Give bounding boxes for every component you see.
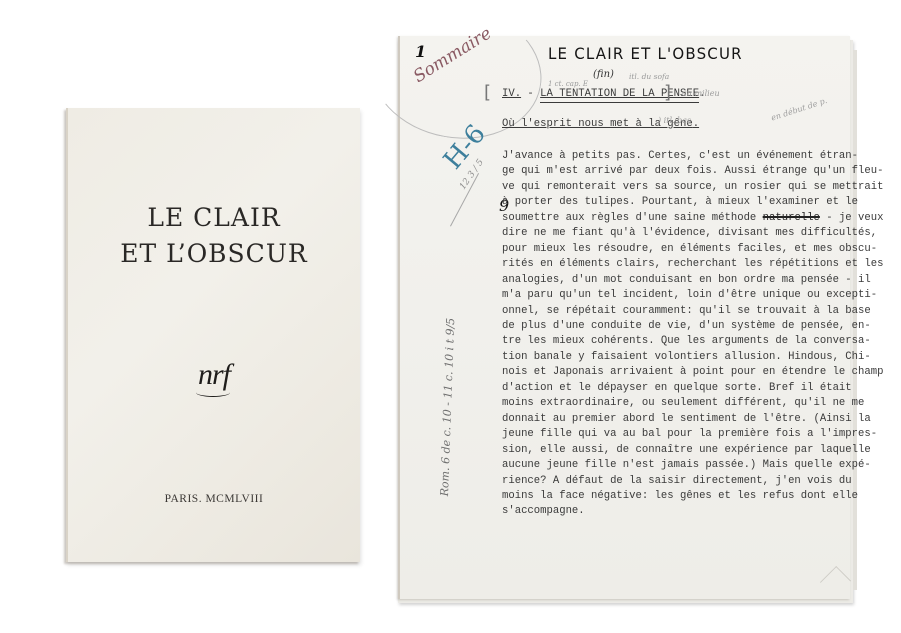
booklet-title: LE CLAIR ET L’OBSCUR <box>68 200 360 272</box>
body-line: moins extraordinaire, ou seulement diffé… <box>502 396 883 411</box>
body-line: jeune fille qui va au bal pour la premiè… <box>502 427 883 442</box>
body-line: analogies, d'un mot conduisant en bon or… <box>502 273 883 288</box>
folded-corner <box>820 566 851 597</box>
section-heading: IV. - LA TENTATION DE LA PENSEE. <box>502 88 705 100</box>
body-line-text: soumettre aux règles d'une saine méthode <box>502 212 763 224</box>
section-number: IV. <box>502 88 521 100</box>
body-line: tre les mieux cohérents. Que les argumen… <box>502 334 883 349</box>
body-line: sion, elle aussi, de connaître une expér… <box>502 443 883 458</box>
side-annotation: Rom. 6 de c. 10 - 11 c. 10 i t 9/5 <box>438 318 457 497</box>
pencil-note-1: itl. du sofa <box>629 72 669 81</box>
body-line: J'avance à petits pas. Certes, c'est un … <box>502 149 883 164</box>
body-line: moins la face négative: les gênes et les… <box>502 489 883 504</box>
booklet-title-line-2: ET L’OBSCUR <box>68 236 360 272</box>
body-line: onnel, se répétait couramment: qu'il se … <box>502 304 883 319</box>
nrf-logo-underline <box>196 388 230 397</box>
body-line-tail: - je veux <box>820 212 884 224</box>
body-line: nois et Japonais arrivaient à point pour… <box>502 365 883 380</box>
body-line: aucune jeune fille n'est jamais passée.)… <box>502 458 883 473</box>
booklet-imprint: PARIS. MCMLVIII <box>68 493 360 505</box>
section-title: LA TENTATION DE LA PENSEE <box>540 88 699 103</box>
body-line: tion banale y faisaient volontiers allus… <box>502 350 883 365</box>
body-line: de plus d'une conduite de vie, d'un syst… <box>502 319 883 334</box>
section-dash: - <box>521 88 540 100</box>
pencil-note-4: ) itl. bas <box>658 116 691 125</box>
booklet-title-line-1: LE CLAIR <box>68 200 360 236</box>
body-line: ve qui remonterait vers sa source, un ro… <box>502 180 883 195</box>
typescript-title: LE CLAIR ET L'OBSCUR <box>548 45 743 64</box>
body-line: à porter des tulipes. Pourtant, à mieux … <box>502 195 883 210</box>
body-line: rités en éléments clairs, recherchant le… <box>502 257 883 272</box>
body-line: d'action et le dépayser en quelque sorte… <box>502 381 883 396</box>
body-line: ge qui m'est arrivé par deux fois. Aussi… <box>502 164 883 179</box>
body-line: pour mieux les résoudre, en éléments fac… <box>502 242 883 257</box>
body-line: m'a paru qu'un tel incident, loin d'être… <box>502 288 883 303</box>
booklet-cover: LE CLAIR ET L’OBSCUR nrf PARIS. MCMLVIII <box>66 108 360 562</box>
fin-annotation: (fin) <box>593 69 614 80</box>
subtitle-period: . <box>693 118 699 130</box>
pencil-note-5: en début de p. <box>770 96 828 123</box>
bracket-right: ] <box>664 82 671 103</box>
nrf-logo: nrf <box>68 358 360 392</box>
body-line: donnait au premier abord le sentiment de… <box>502 412 883 427</box>
body-line: soumettre aux règles d'une saine méthode… <box>502 211 883 226</box>
pencil-note-2: 1 ct. cap. E <box>548 80 588 88</box>
struck-word: naturelle <box>763 212 820 224</box>
page-number-annotation: 1 <box>415 42 426 61</box>
bracket-left: [ <box>484 82 491 103</box>
pencil-note-3: au milieu <box>682 89 720 98</box>
typescript-page: 1 Sommaire LE CLAIR ET L'OBSCUR (fin) it… <box>398 36 850 599</box>
body-line: dire ne me fiant qu'à l'évidence, divisa… <box>502 226 883 241</box>
body-line: rience? A défaut de la saisir directemen… <box>502 474 883 489</box>
body-line: s'accompagne. <box>502 504 883 519</box>
typescript-body: J'avance à petits pas. Certes, c'est un … <box>502 149 883 520</box>
